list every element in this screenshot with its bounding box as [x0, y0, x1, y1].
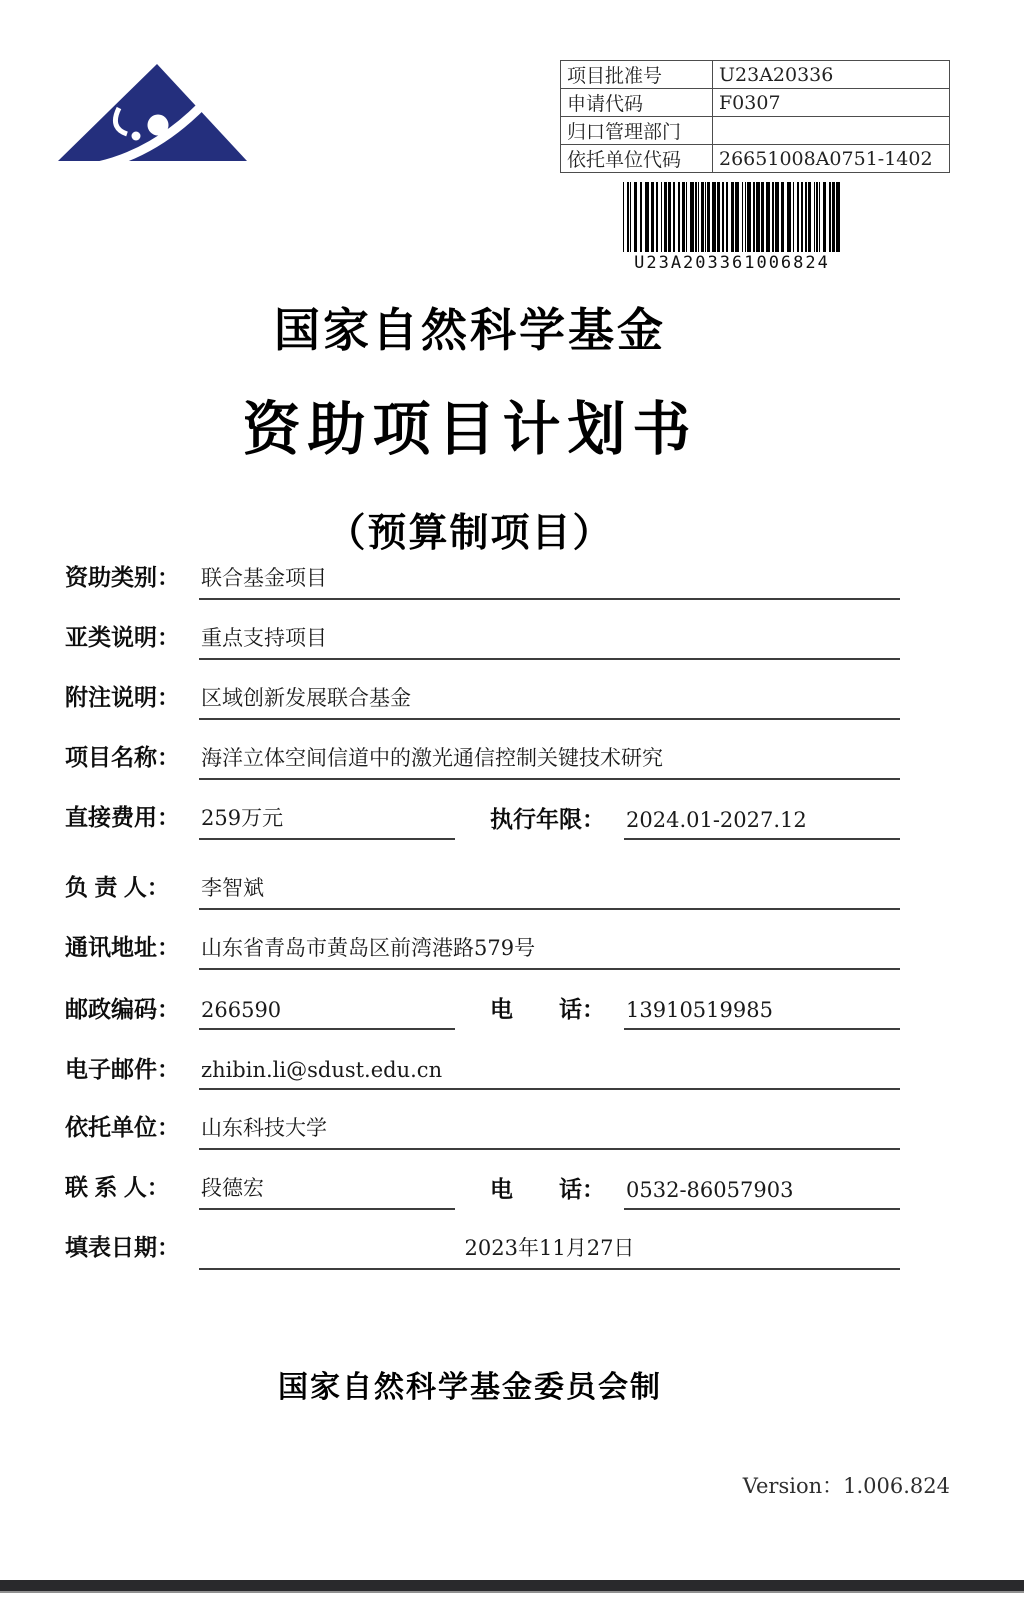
barcode-bar	[829, 182, 831, 252]
form-row: 资助类别：联合基金项目	[65, 540, 900, 600]
form-field: 亚类说明：重点支持项目	[65, 619, 900, 660]
version-label: Version：1.006.824	[0, 1470, 950, 1500]
field-value: 13910519985	[624, 998, 900, 1030]
barcode-bar	[832, 182, 835, 252]
barcode-bar	[712, 182, 716, 252]
form-field: 电 话：13910519985	[490, 991, 900, 1030]
field-value: 2023年11月27日	[199, 1232, 900, 1270]
barcode-bar	[819, 182, 820, 252]
barcode-bar	[766, 182, 770, 252]
barcode-bar	[756, 182, 760, 252]
form-field: 电 话：0532-86057903	[490, 1171, 900, 1210]
info-table-row: 项目批准号U23A20336	[561, 61, 950, 89]
form-field: 填表日期：2023年11月27日	[65, 1229, 900, 1270]
info-table-label: 归口管理部门	[561, 117, 713, 145]
barcode-bar	[823, 182, 826, 252]
barcode-bar	[836, 182, 840, 252]
form-row: 直接费用：259万元执行年限：2024.01-2027.12	[65, 780, 900, 840]
barcode-bar	[816, 182, 818, 252]
barcode-bar	[745, 182, 746, 252]
info-table-value: 26651008A0751-1402	[713, 145, 950, 173]
field-label: 直接费用：	[65, 799, 199, 832]
barcode-bar	[690, 182, 694, 252]
barcode-bar	[701, 182, 704, 252]
barcode-bar	[735, 182, 739, 252]
form-row: 通讯地址：山东省青岛市黄岛区前湾港路579号	[65, 910, 900, 970]
barcode-bar	[627, 182, 629, 252]
barcode-text: U23A203361006824	[612, 253, 852, 273]
barcode-bar	[726, 182, 728, 252]
form-field: 通讯地址：山东省青岛市黄岛区前湾港路579号	[65, 929, 900, 970]
field-label: 电 话：	[490, 991, 624, 1024]
form-row: 邮政编码：266590电 话：13910519985	[65, 970, 900, 1030]
barcode-bar	[781, 182, 784, 252]
form-field: 执行年限：2024.01-2027.12	[490, 801, 900, 840]
barcode-bar	[797, 182, 799, 252]
barcode-bar	[661, 182, 662, 252]
info-table-value: F0307	[713, 89, 950, 117]
barcode-bar	[814, 182, 815, 252]
field-value: 联合基金项目	[199, 562, 900, 600]
field-label: 联 系 人：	[65, 1169, 199, 1202]
document-page: 项目批准号U23A20336申请代码F0307归口管理部门依托单位代码26651…	[0, 0, 1024, 1624]
form-row: 附注说明：区域创新发展联合基金	[65, 660, 900, 720]
field-value: 259万元	[199, 802, 455, 840]
field-label: 资助类别：	[65, 559, 199, 592]
barcode-bar	[731, 182, 734, 252]
barcode-bar	[717, 182, 720, 252]
barcode-bar	[678, 182, 680, 252]
barcode-bar	[747, 182, 751, 252]
form-field: 负 责 人：李智斌	[65, 869, 900, 910]
barcode-bar	[698, 182, 699, 252]
field-label: 邮政编码：	[65, 991, 199, 1024]
fund-title: 国家自然科学基金	[0, 294, 940, 360]
form-field: 附注说明：区域创新发展联合基金	[65, 679, 900, 720]
field-label: 电 话：	[490, 1171, 624, 1204]
info-table-row: 依托单位代码26651008A0751-1402	[561, 145, 950, 173]
barcode-bar	[793, 182, 794, 252]
issuer-line: 国家自然科学基金委员会制	[0, 1362, 940, 1406]
field-label: 亚类说明：	[65, 619, 199, 652]
barcode-bar	[775, 182, 779, 252]
field-value: 区域创新发展联合基金	[199, 682, 900, 720]
barcode-bar	[695, 182, 697, 252]
barcode-bar	[651, 182, 654, 252]
barcode-bar	[682, 182, 685, 252]
barcode-bar	[801, 182, 803, 252]
barcode-bar	[787, 182, 791, 252]
form-field: 项目名称：海洋立体空间信道中的激光通信控制关键技术研究	[65, 739, 900, 780]
barcode-bar	[656, 182, 658, 252]
info-table-value: U23A20336	[713, 61, 950, 89]
form-row: 项目名称：海洋立体空间信道中的激光通信控制关键技术研究	[65, 720, 900, 780]
barcode-bar	[742, 182, 743, 252]
form-row: 联 系 人：段德宏电 话：0532-86057903	[65, 1150, 900, 1210]
barcode-bar	[686, 182, 687, 252]
field-value: zhibin.li@sdust.edu.cn	[199, 1058, 900, 1090]
barcode-bar	[634, 182, 637, 252]
form-field: 依托单位：山东科技大学	[65, 1109, 900, 1150]
field-value: 山东科技大学	[199, 1112, 900, 1150]
form-field: 电子邮件：zhibin.li@sdust.edu.cn	[65, 1051, 900, 1090]
title-block: 国家自然科学基金 资助项目计划书 （预算制项目）	[0, 294, 940, 558]
barcode-bar	[761, 182, 764, 252]
barcode-bar	[805, 182, 807, 252]
barcode-bar	[673, 182, 675, 252]
nsfc-logo-icon	[58, 62, 248, 164]
form-row: 填表日期：2023年11月27日	[65, 1210, 900, 1270]
barcode-bars	[612, 182, 852, 252]
info-table-label: 申请代码	[561, 89, 713, 117]
info-table-label: 项目批准号	[561, 61, 713, 89]
form-field: 联 系 人：段德宏	[65, 1169, 455, 1210]
form-field: 资助类别：联合基金项目	[65, 559, 900, 600]
field-value: 海洋立体空间信道中的激光通信控制关键技术研究	[199, 742, 900, 780]
barcode-bar	[707, 182, 710, 252]
barcode-bar	[705, 182, 706, 252]
form-row: 亚类说明：重点支持项目	[65, 600, 900, 660]
field-label: 项目名称：	[65, 739, 199, 772]
barcode-bar	[664, 182, 667, 252]
form-row: 负 责 人：李智斌	[65, 850, 900, 910]
barcode-bar	[772, 182, 774, 252]
field-label: 通讯地址：	[65, 929, 199, 962]
form-row: 依托单位：山东科技大学	[65, 1090, 900, 1150]
barcode-bar	[808, 182, 811, 252]
info-table-body: 项目批准号U23A20336申请代码F0307归口管理部门依托单位代码26651…	[561, 61, 950, 173]
page-bottom-edge	[0, 1580, 1024, 1593]
barcode-bar	[645, 182, 649, 252]
form-field: 直接费用：259万元	[65, 799, 455, 840]
form-row: 电子邮件：zhibin.li@sdust.edu.cn	[65, 1030, 900, 1090]
field-value: 重点支持项目	[199, 622, 900, 660]
field-label: 填表日期：	[65, 1229, 199, 1262]
field-value: 0532-86057903	[624, 1178, 900, 1210]
form-field: 邮政编码：266590	[65, 991, 455, 1030]
barcode-bar	[623, 182, 624, 252]
barcode-bar	[753, 182, 755, 252]
field-label: 负 责 人：	[65, 869, 199, 902]
form-fields: 资助类别：联合基金项目亚类说明：重点支持项目附注说明：区域创新发展联合基金项目名…	[65, 540, 900, 1270]
field-value: 2024.01-2027.12	[624, 808, 900, 840]
field-value: 266590	[199, 998, 455, 1030]
barcode-bar	[722, 182, 724, 252]
document-title: 资助项目计划书	[0, 382, 940, 466]
field-label: 电子邮件：	[65, 1051, 199, 1084]
field-label: 附注说明：	[65, 679, 199, 712]
barcode-bar	[630, 182, 631, 252]
field-value: 李智斌	[199, 872, 900, 910]
barcode-bar	[668, 182, 671, 252]
info-table-value	[713, 117, 950, 145]
field-label: 执行年限：	[490, 801, 624, 834]
project-info-table: 项目批准号U23A20336申请代码F0307归口管理部门依托单位代码26651…	[560, 60, 950, 173]
field-value: 段德宏	[199, 1172, 455, 1210]
barcode: U23A203361006824	[612, 182, 852, 273]
barcode-bar	[640, 182, 642, 252]
info-table-row: 申请代码F0307	[561, 89, 950, 117]
field-value: 山东省青岛市黄岛区前湾港路579号	[199, 932, 900, 970]
info-table-row: 归口管理部门	[561, 117, 950, 145]
info-table-label: 依托单位代码	[561, 145, 713, 173]
field-label: 依托单位：	[65, 1109, 199, 1142]
